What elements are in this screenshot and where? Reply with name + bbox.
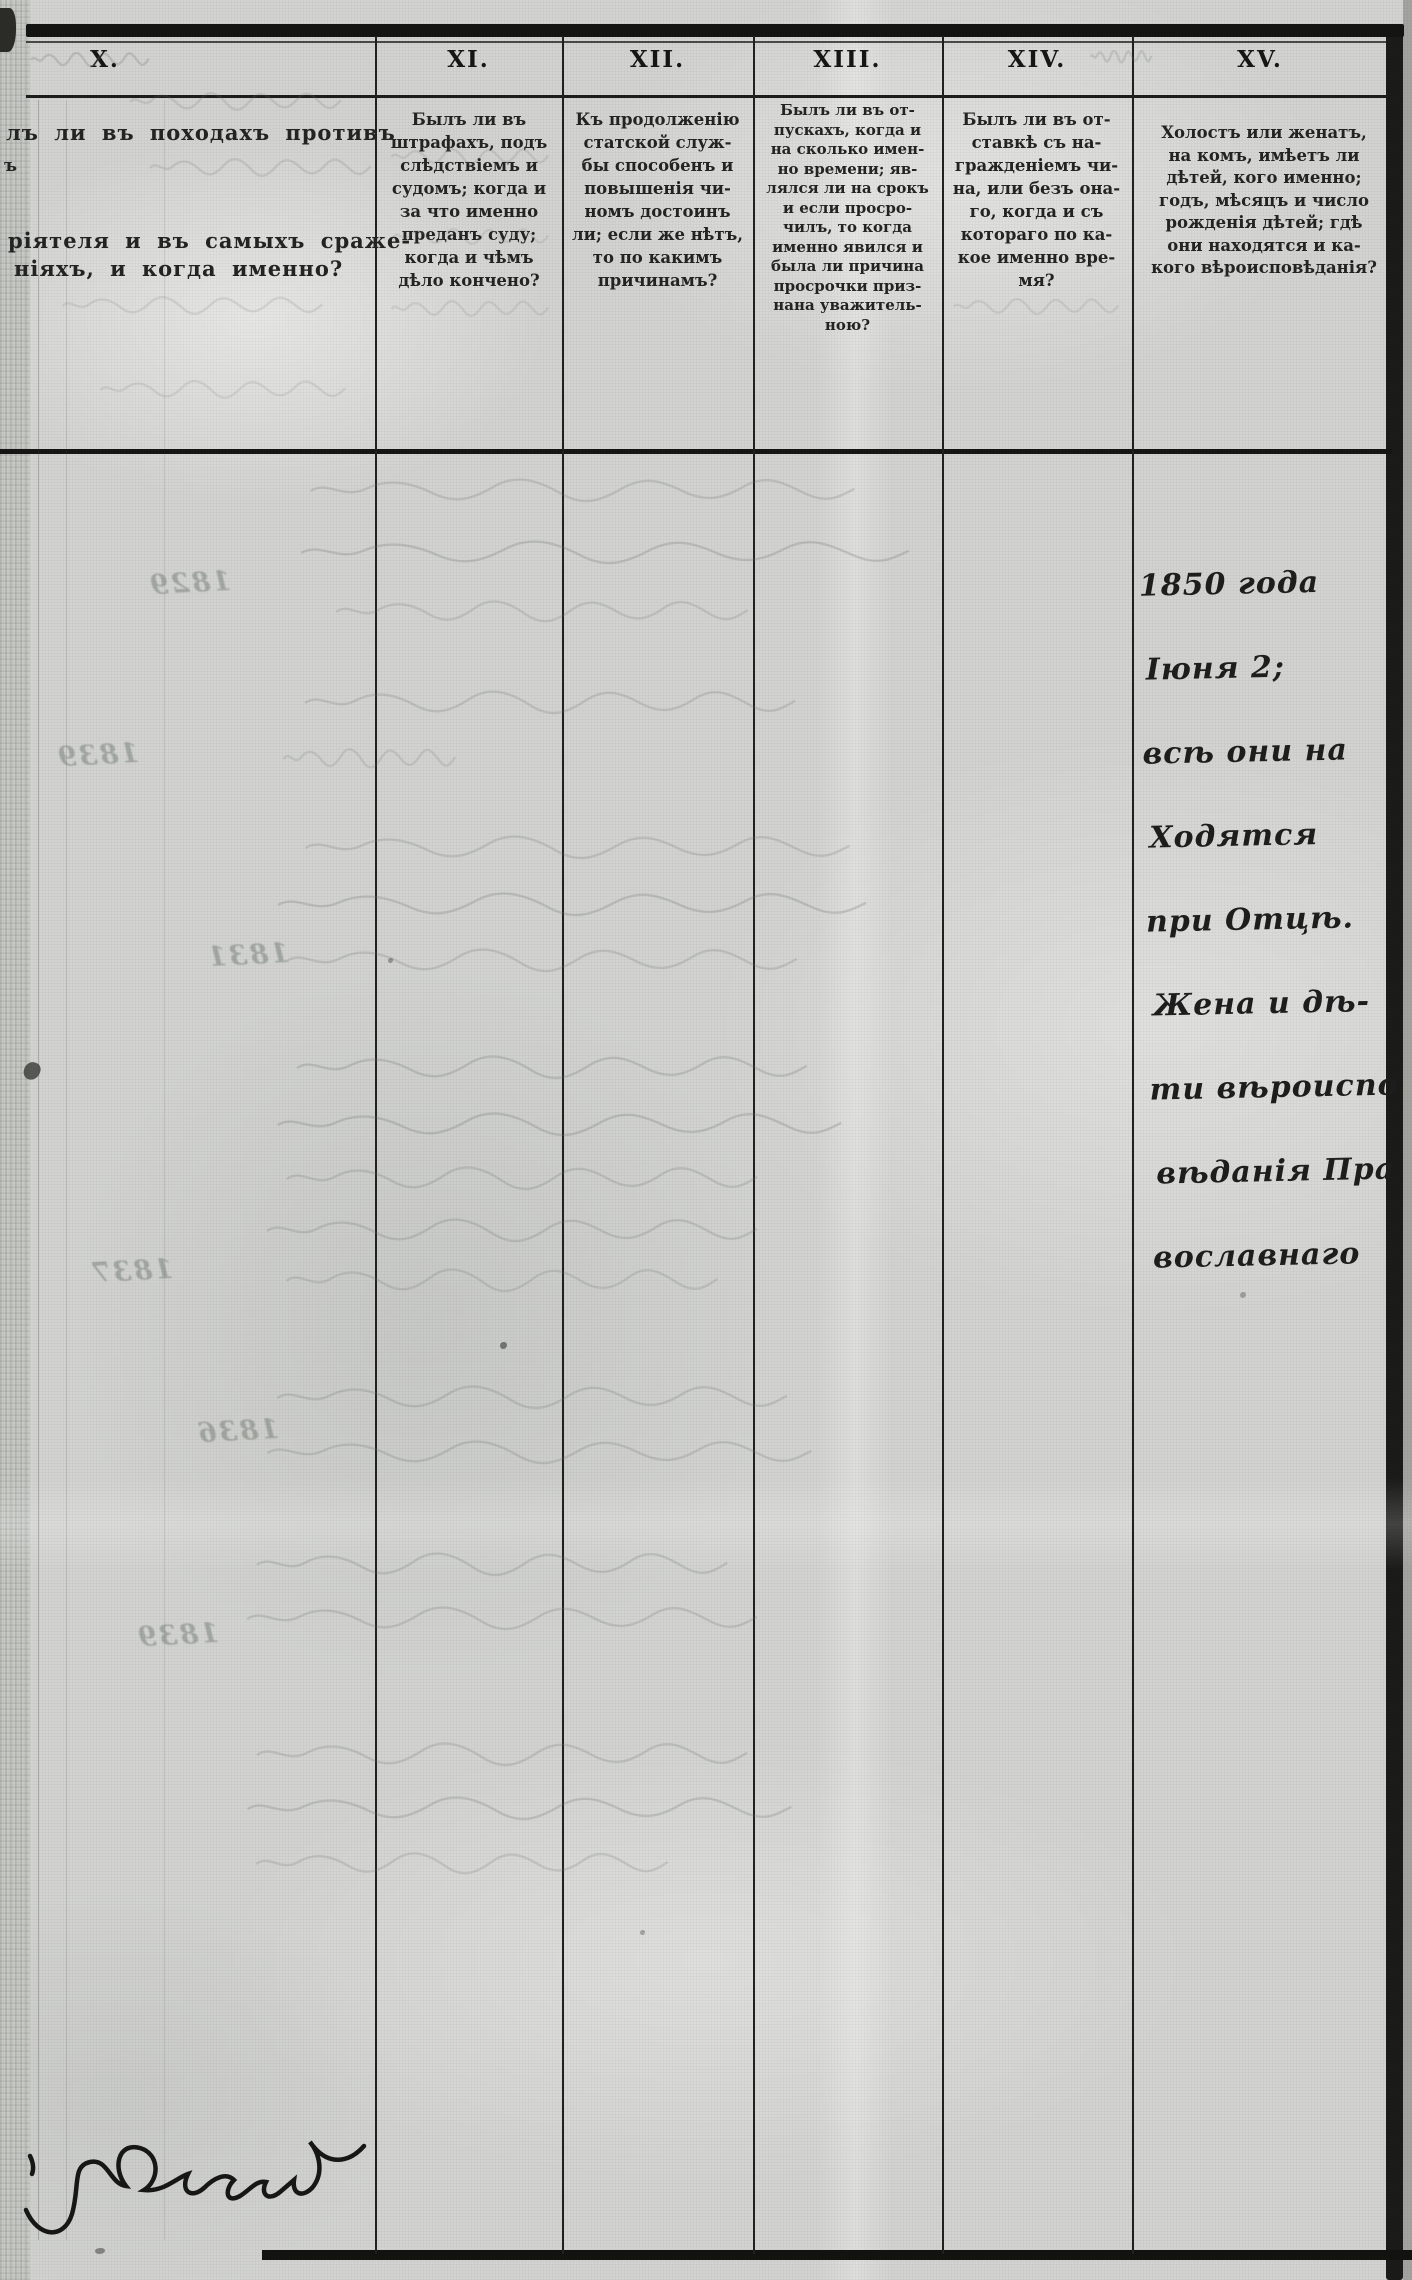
bleedthrough-script-line — [282, 1268, 722, 1294]
handwritten-entry-xv: 1850 годаІюня 2;всѣ они наХодятсяпри Отц… — [1138, 539, 1410, 1300]
bleedthrough-script-line — [242, 1796, 797, 1822]
ink-speck — [640, 1930, 645, 1935]
bleedthrough-year: 1839 — [55, 738, 140, 773]
column-number-xii: XII. — [562, 46, 753, 86]
bleedthrough-script-line — [272, 892, 872, 918]
bleedthrough-script-line — [332, 600, 752, 624]
column-divider — [375, 36, 377, 2254]
column-divider — [562, 36, 564, 2254]
margin-rule — [38, 100, 39, 2240]
column-xiv-question: Былъ ли въ от-ставкѣ съ на-гражденіемъ ч… — [945, 108, 1128, 292]
bleedthrough-script-line — [282, 948, 802, 974]
bleedthrough-script-line — [252, 1552, 732, 1578]
column-number-xi: XI. — [375, 46, 562, 86]
table-top-border — [26, 24, 1404, 37]
bleedthrough-year: 1837 — [89, 1254, 174, 1289]
header-bottom-rule — [0, 449, 1392, 454]
bleedthrough-script-line — [272, 1112, 847, 1138]
bleedthrough-script-line — [1090, 50, 1152, 64]
column-xv-question: Холостъ или женатъ,на комъ, имѣетъ лидѣт… — [1144, 122, 1384, 280]
bleedthrough-script-line — [128, 92, 343, 112]
bleedthrough-script-line — [252, 1742, 752, 1768]
ink-speck — [500, 1342, 507, 1349]
bleedthrough-script-line — [30, 52, 150, 68]
bleedthrough-year: 1829 — [147, 566, 232, 601]
bleedthrough-script-line — [262, 1440, 817, 1466]
corner-ink-mark — [0, 8, 16, 52]
bleedthrough-script-line — [300, 690, 800, 716]
bleedthrough-script-line — [390, 148, 550, 166]
bleedthrough-script-line — [952, 298, 1120, 316]
column-number-xv: XV. — [1132, 46, 1388, 86]
bleedthrough-script-line — [392, 228, 550, 246]
bleedthrough-script-line — [295, 540, 915, 566]
bleedthrough-script-line — [300, 835, 855, 861]
vertical-crease — [818, 0, 892, 2280]
margin-rule — [164, 100, 165, 2240]
column-xii-question: Къ продолженіюстатской служ-бы способенъ… — [566, 108, 749, 292]
bleedthrough-script-line — [242, 1606, 762, 1632]
column-x-question-line: лъ ли въ походахъ противъ — [6, 120, 396, 145]
bleedthrough-script-line — [282, 1166, 762, 1192]
bleedthrough-script-line — [148, 158, 373, 178]
bleedthrough-year: 1831 — [205, 938, 290, 973]
bleedthrough-script-line — [272, 1385, 792, 1411]
bleedthrough-script-line — [282, 748, 457, 770]
bleedthrough-script-line — [305, 478, 860, 504]
bleedthrough-script-line — [98, 380, 348, 400]
column-divider — [753, 36, 755, 2254]
page-bottom-rule — [262, 2250, 1412, 2260]
bleedthrough-script-line — [252, 1852, 672, 1876]
bleedthrough-script-line — [60, 296, 325, 316]
table-top-thin-rule — [26, 41, 1390, 43]
signature-scrawl — [18, 2126, 368, 2256]
document-scan: X. XI. XII. XIII. XIV. XV. лъ ли въ похо… — [0, 0, 1412, 2280]
column-x-question-line: ніяхъ, и когда именно? — [14, 256, 343, 281]
column-divider — [942, 36, 944, 2254]
column-x-stray-char: ъ — [4, 156, 18, 176]
column-number-xiii: XIII. — [753, 46, 942, 86]
margin-rule — [66, 100, 67, 2240]
bleedthrough-script-line — [292, 1055, 812, 1081]
scan-left-edge — [0, 0, 30, 2280]
column-xi-question: Былъ ли въштрафахъ, подъслѣдствіемъ исуд… — [379, 108, 559, 292]
column-divider — [1132, 36, 1134, 2254]
column-x-question-line: ріятеля и въ самыхъ сраже- — [8, 228, 411, 253]
bleedthrough-script-line — [390, 300, 550, 318]
bleedthrough-script-line — [262, 1218, 762, 1244]
bleedthrough-year: 1839 — [135, 1618, 220, 1653]
column-xiii-question: Былъ ли въ от-пускахъ, когда ина сколько… — [757, 101, 938, 335]
